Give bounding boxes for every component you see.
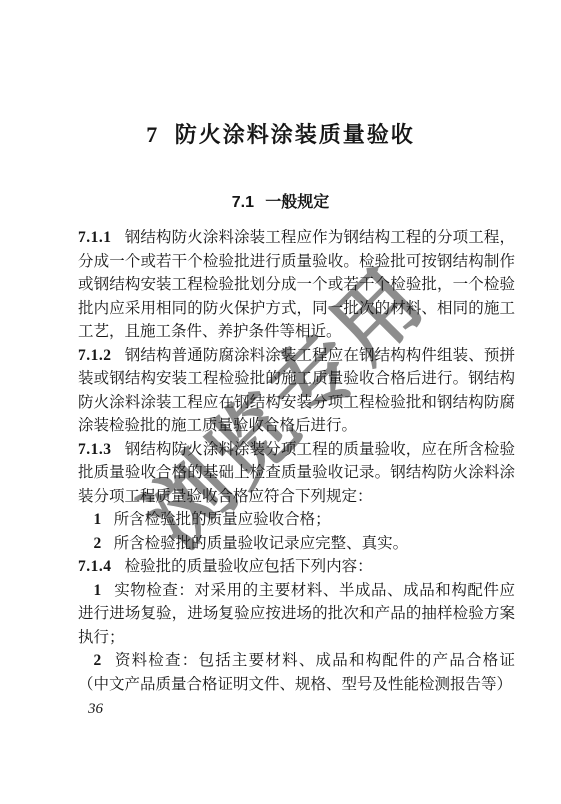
item-text: 实物检查：对采用的主要材料、半成品、成品和构配件应进行进场复验，进场复验应按进场… [78, 582, 515, 646]
item-number: 2 [94, 652, 102, 669]
clause-7-1-4: 7.1.4检验批的质量验收应包括下列内容： [78, 555, 515, 579]
page-number: 36 [88, 699, 103, 719]
clause-7-1-4-item-2: 2资料检查：包括主要材料、成品和构配件的产品合格证（中文产品质量合格证明文件、规… [78, 649, 515, 696]
body-text: 7.1.1钢结构防火涂料涂装工程应作为钢结构工程的分项工程，分成一个或若干个检验… [78, 226, 515, 696]
item-number: 1 [94, 582, 102, 599]
clause-number: 7.1.2 [78, 347, 112, 364]
clause-7-1-1: 7.1.1钢结构防火涂料涂装工程应作为钢结构工程的分项工程，分成一个或若干个检验… [78, 226, 515, 344]
section-title: 一般规定 [265, 194, 329, 211]
clause-text: 检验批的质量验收应包括下列内容： [125, 558, 373, 575]
chapter-heading: 7防火涂料涂装质量验收 [0, 118, 561, 152]
clause-7-1-3: 7.1.3钢结构防火涂料涂装分项工程的质量验收，应在所含检验批质量验收合格的基础… [78, 438, 515, 509]
item-text: 所含检验批的质量验收记录应完整、真实。 [114, 535, 409, 552]
clause-text: 钢结构普通防腐涂料涂装工程应在钢结构构件组装、预拼装或钢结构安装工程检验批的施工… [78, 347, 515, 435]
section-heading: 7.1一般规定 [0, 191, 561, 215]
clause-7-1-4-item-1: 1实物检查：对采用的主要材料、半成品、成品和构配件应进行进场复验，进场复验应按进… [78, 579, 515, 650]
clause-number: 7.1.1 [78, 229, 112, 246]
item-text: 资料检查：包括主要材料、成品和构配件的产品合格证（中文产品质量合格证明文件、规格… [78, 652, 515, 693]
clause-number: 7.1.4 [78, 558, 112, 575]
item-number: 2 [94, 535, 102, 552]
clause-7-1-2: 7.1.2钢结构普通防腐涂料涂装工程应在钢结构构件组装、预拼装或钢结构安装工程检… [78, 344, 515, 438]
section-number: 7.1 [232, 194, 254, 211]
item-number: 1 [94, 511, 102, 528]
page-content: 7防火涂料涂装质量验收 7.1一般规定 7.1.1钢结构防火涂料涂装工程应作为钢… [0, 0, 561, 804]
clause-number: 7.1.3 [78, 441, 112, 458]
clause-7-1-3-item-1: 1所含检验批的质量应验收合格； [78, 508, 515, 532]
chapter-number: 7 [146, 122, 157, 147]
item-text: 所含检验批的质量应验收合格； [114, 511, 331, 528]
clause-text: 钢结构防火涂料涂装分项工程的质量验收，应在所含检验批质量验收合格的基础上检查质量… [78, 441, 515, 505]
clause-text: 钢结构防火涂料涂装工程应作为钢结构工程的分项工程，分成一个或若干个检验批进行质量… [78, 229, 515, 340]
document-page: 浏览专用 7防火涂料涂装质量验收 7.1一般规定 7.1.1钢结构防火涂料涂装工… [0, 0, 561, 804]
clause-7-1-3-item-2: 2所含检验批的质量验收记录应完整、真实。 [78, 532, 515, 556]
chapter-title: 防火涂料涂装质量验收 [175, 122, 415, 147]
